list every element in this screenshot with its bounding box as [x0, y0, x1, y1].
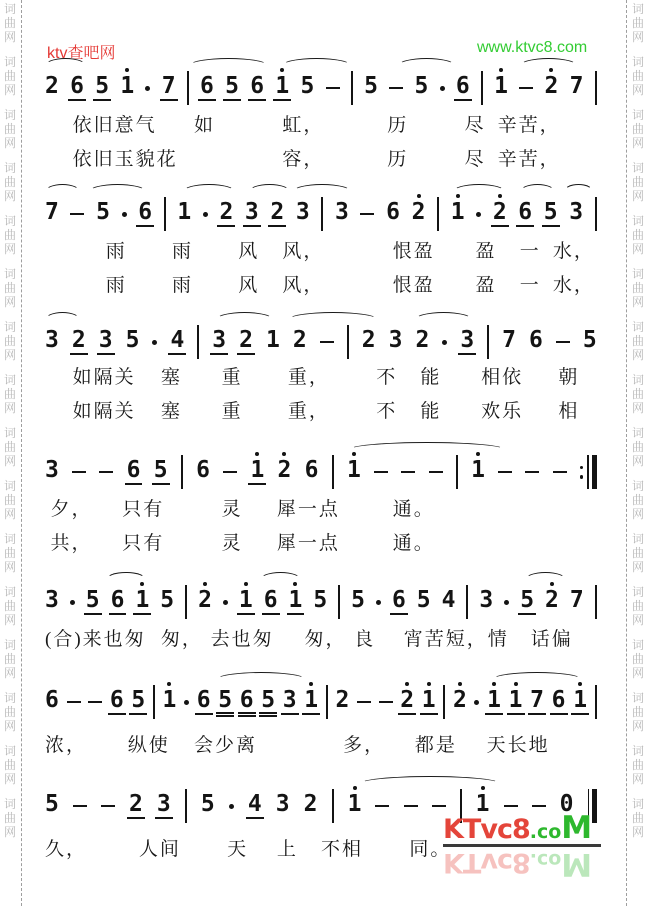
notes-row: 3235432122323765 [45, 325, 597, 359]
lyric-segment: 犀一点 [277, 528, 340, 555]
octave-dot [405, 682, 409, 686]
octave-dot [125, 68, 129, 72]
note: 1 [177, 201, 191, 228]
note: 5 [417, 589, 431, 616]
note: 7 [570, 589, 584, 616]
lyrics-line: 雨雨风风，恨盈盈一水， [45, 270, 597, 294]
side-watermark: 词曲网 [3, 638, 17, 680]
underline [198, 99, 216, 101]
underline [248, 483, 266, 485]
underline [127, 817, 145, 819]
side-watermark: 词曲网 [631, 108, 645, 150]
note: 2 [129, 793, 143, 820]
lyrics-line: 如隔关塞重重，不能相依朝 [45, 362, 597, 386]
underline [238, 715, 256, 717]
lyric-segment: 灵 [222, 528, 243, 555]
lyric-segment: 塞 [161, 396, 182, 423]
notes-row: 365612611 [45, 455, 597, 489]
duration-dash [525, 471, 539, 474]
lyric-segment: 犀一点 [277, 494, 340, 521]
underline [155, 817, 173, 819]
side-watermark: 词曲网 [631, 691, 645, 733]
octave-dot [456, 194, 460, 198]
duration-dash [101, 805, 115, 808]
note: 6 [240, 689, 254, 716]
note: 6 [392, 589, 406, 616]
lyric-segment: 雨 [172, 236, 193, 263]
lyric-segment: 不 [376, 362, 397, 389]
lyric-segment: 恨盈 [393, 236, 435, 263]
slur-band [45, 572, 597, 586]
note: 7 [502, 329, 516, 356]
underline [528, 713, 546, 715]
underline [160, 99, 178, 101]
side-watermark: 词曲网 [3, 479, 17, 521]
note: 3 [212, 329, 226, 356]
lyrics-line: (合)来也匆匆，去也匆匆，良宵苦短，情话偏 [45, 624, 597, 648]
note: 4 [170, 329, 184, 356]
lyric-segment: 不相 [321, 834, 363, 861]
lyric-segment: (合)来也匆 [45, 624, 146, 651]
barline-icon [487, 325, 489, 359]
note: 6 [200, 75, 214, 102]
note: 6 [529, 329, 543, 356]
lyric-segment: 一 [520, 270, 541, 297]
side-watermark: 词曲网 [631, 744, 645, 786]
duration-dash [375, 805, 389, 808]
note: 2 [72, 329, 86, 356]
barline-icon [164, 197, 166, 231]
lyrics-line: 依旧玉貌花容，历尽辛苦， [45, 144, 597, 168]
sheet-music-page: 词曲网词曲网词曲网词曲网词曲网词曲网词曲网词曲网词曲网词曲网词曲网词曲网词曲网词… [0, 0, 648, 906]
octave-dot [514, 682, 518, 686]
note: 5 [583, 329, 597, 356]
note: 2 [198, 589, 212, 616]
note: 5 [313, 589, 327, 616]
note: 6 [196, 459, 210, 486]
augmentation-dot [476, 212, 481, 217]
underline [420, 713, 438, 715]
octave-dot [549, 68, 553, 72]
underline [390, 613, 408, 615]
underline [507, 713, 525, 715]
lyric-segment: 水， [553, 236, 595, 263]
duration-dash [553, 471, 567, 474]
lyric-segment: 盈 [476, 270, 497, 297]
lyric-segment: 依旧玉貌花 [73, 144, 178, 171]
augmentation-dot [440, 86, 445, 91]
note: 1 [573, 689, 587, 716]
lyric-segment: 重 [222, 396, 243, 423]
lyric-segment: 能 [420, 396, 441, 423]
duration-dash [432, 805, 446, 808]
underline [238, 712, 256, 714]
site-logo[interactable]: KTvc8.coM KTvc8.coM [443, 813, 605, 879]
slur-band [45, 776, 597, 790]
logo-part3: M [561, 846, 591, 882]
lyrics-line: 共，只有灵犀一点通。 [45, 528, 597, 552]
augmentation-dot [223, 600, 228, 605]
slur-band [45, 312, 597, 326]
underline [571, 713, 589, 715]
octave-dot [167, 682, 171, 686]
lyric-segment: 历 [387, 110, 408, 137]
note: 3 [45, 459, 59, 486]
note: 3 [45, 589, 59, 616]
note: 6 [264, 589, 278, 616]
lyric-segment: 话偏 [531, 624, 573, 651]
lyrics-line: 依旧意气如虹，历尽辛苦， [45, 110, 597, 134]
barline-icon [595, 197, 597, 231]
lyric-segment: 历 [387, 144, 408, 171]
barline-icon [321, 197, 323, 231]
duration-dash [223, 471, 237, 474]
lyric-segment: 天 [227, 834, 248, 861]
note: 2 [239, 329, 253, 356]
octave-dot [293, 582, 297, 586]
underline [243, 225, 261, 227]
note: 3 [245, 201, 259, 228]
note: 5 [95, 75, 109, 102]
right-dashed-border [626, 0, 627, 906]
lyric-segment: 良 [354, 624, 375, 651]
underline [262, 613, 280, 615]
underline [550, 713, 568, 715]
note: 1 [289, 589, 303, 616]
lyric-segment: 久， [45, 834, 87, 861]
underline [109, 613, 127, 615]
side-watermark: 词曲网 [631, 479, 645, 521]
note: 7 [162, 75, 176, 102]
note: 2 [304, 793, 318, 820]
note: 5 [544, 201, 558, 228]
note: 5 [45, 793, 59, 820]
side-watermark: 词曲网 [631, 532, 645, 574]
side-watermark: 词曲网 [3, 585, 17, 627]
side-watermark: 词曲网 [3, 161, 17, 203]
octave-dot [578, 682, 582, 686]
lyric-segment: 重， [288, 362, 330, 389]
side-watermark: 词曲网 [3, 373, 17, 415]
augmentation-dot [229, 804, 234, 809]
note: 1 [471, 459, 485, 486]
underline [518, 613, 536, 615]
side-watermark: 词曲网 [3, 55, 17, 97]
note: 2 [219, 201, 233, 228]
barline-icon [481, 71, 483, 105]
barline-icon [332, 455, 334, 489]
duration-dash [99, 471, 113, 474]
octave-dot [203, 582, 207, 586]
lyric-segment: 通。 [393, 494, 435, 521]
lyric-segment: 人间 [139, 834, 181, 861]
underline [68, 99, 86, 101]
logo-part1: KTvc8 [443, 814, 530, 845]
note: 6 [518, 201, 532, 228]
octave-dot [280, 68, 284, 72]
octave-dot [499, 68, 503, 72]
lyric-segment: 只有 [122, 494, 164, 521]
note: 7 [45, 201, 59, 228]
slur-band [45, 184, 597, 198]
duration-dash [67, 701, 81, 704]
duration-dash [504, 805, 518, 808]
barline-icon [185, 585, 187, 619]
note: 5 [160, 589, 174, 616]
logo-part2: .co [530, 849, 562, 871]
augmentation-dot [145, 86, 150, 91]
lyric-segment: 尽 [465, 144, 486, 171]
note: 5 [414, 75, 428, 102]
lyric-segment: 不 [376, 396, 397, 423]
note: 5 [520, 589, 534, 616]
lyric-segment: 天长地 [487, 730, 550, 757]
underline [246, 817, 264, 819]
octave-dot [550, 582, 554, 586]
duration-dash [532, 805, 546, 808]
note: 6 [70, 75, 84, 102]
note: 5 [201, 793, 215, 820]
underline [259, 712, 277, 714]
note: 5 [86, 589, 100, 616]
slur-band [45, 442, 597, 456]
left-watermark-column: 词曲网词曲网词曲网词曲网词曲网词曲网词曲网词曲网词曲网词曲网词曲网词曲网词曲网词… [3, 2, 17, 906]
octave-dot [498, 194, 502, 198]
lyric-segment: 相 [558, 396, 579, 423]
note: 5 [126, 329, 140, 356]
lyric-segment: 风 [238, 236, 259, 263]
lyric-segment: 夕， [51, 494, 93, 521]
lyric-segment: 朝 [558, 362, 579, 389]
octave-dot [417, 194, 421, 198]
notes-row: 6651656531221211761 [45, 685, 597, 719]
repeat-barline-icon [580, 455, 597, 489]
logo-part3: M [561, 810, 591, 846]
note: 6 [197, 689, 211, 716]
underline [93, 99, 111, 101]
note: 3 [45, 329, 59, 356]
duration-dash [389, 87, 403, 90]
note: 1 [304, 689, 318, 716]
lyric-segment: 如隔关 [73, 396, 136, 423]
augmentation-dot [70, 600, 75, 605]
octave-dot [427, 682, 431, 686]
underline [223, 99, 241, 101]
music-line: 3235432122323765 [45, 312, 597, 360]
lyric-segment: 辛苦， [498, 144, 561, 171]
note: 2 [415, 329, 429, 356]
lyric-segment: 恨盈 [393, 270, 435, 297]
lyric-segment: 相依 [481, 362, 523, 389]
barline-icon [181, 455, 183, 489]
side-watermark: 词曲网 [3, 532, 17, 574]
 [592, 455, 597, 489]
note: 6 [386, 201, 400, 228]
note: 6 [127, 459, 141, 486]
underline [237, 353, 255, 355]
note: 2 [45, 75, 59, 102]
underline [210, 353, 228, 355]
octave-dot [353, 786, 357, 790]
barline-icon [197, 325, 199, 359]
side-watermark: 词曲网 [3, 108, 17, 150]
lyric-segment: 匆， [304, 624, 346, 651]
barline-icon [466, 585, 468, 619]
duration-dash [326, 87, 340, 90]
watermark-link-top-right[interactable]: www.ktvc8.com [477, 39, 587, 57]
note: 5 [154, 459, 168, 486]
logo-part2: .co [530, 821, 562, 843]
lyric-segment: 纵使 [128, 730, 170, 757]
side-watermark: 词曲网 [631, 797, 645, 839]
lyric-segment: 风 [238, 270, 259, 297]
underline [268, 225, 286, 227]
note: 4 [248, 793, 262, 820]
note: 3 [283, 689, 297, 716]
underline [454, 99, 472, 101]
duration-dash [498, 471, 512, 474]
duration-dash [374, 471, 388, 474]
note: 2 [278, 459, 292, 486]
note: 3 [157, 793, 171, 820]
note: 6 [250, 75, 264, 102]
note: 3 [569, 201, 583, 228]
note: 5 [351, 589, 365, 616]
lyric-segment: 去也匆 [211, 624, 274, 651]
barline-icon [443, 685, 445, 719]
lyric-segment: 重 [222, 362, 243, 389]
underline [491, 225, 509, 227]
lyric-segment: 水， [553, 270, 595, 297]
octave-dot [255, 452, 259, 456]
barline-icon [347, 325, 349, 359]
music-line: 2651765615556127 [45, 58, 597, 106]
lyrics-line: 浓，纵使会少离多，都是天长地 [45, 730, 597, 754]
right-watermark-column: 词曲网词曲网词曲网词曲网词曲网词曲网词曲网词曲网词曲网词曲网词曲网词曲网词曲网词… [631, 2, 645, 906]
underline [216, 715, 234, 717]
note: 1 [239, 589, 253, 616]
barline-icon [187, 71, 189, 105]
note: 1 [348, 793, 362, 820]
note: 7 [570, 75, 584, 102]
music-line: 7561232336212653 [45, 184, 597, 232]
note: 4 [442, 589, 456, 616]
octave-dot [140, 582, 144, 586]
note: 1 [266, 329, 280, 356]
underline [485, 713, 503, 715]
lyrics-line: 雨雨风风，恨盈盈一水， [45, 236, 597, 260]
side-watermark: 词曲网 [631, 426, 645, 468]
note: 3 [460, 329, 474, 356]
note: 6 [456, 75, 470, 102]
lyric-segment: 欢乐 [481, 396, 523, 423]
underline [302, 713, 320, 715]
duration-dash [360, 213, 374, 216]
note: 1 [487, 689, 501, 716]
note: 6 [305, 459, 319, 486]
note: 6 [138, 201, 152, 228]
lyric-segment: 容， [282, 144, 324, 171]
note: 1 [163, 689, 177, 716]
lyric-segment: 虹， [282, 110, 324, 137]
note: 1 [135, 589, 149, 616]
lyric-segment: 辛苦， [498, 110, 561, 137]
duration-dash [320, 341, 334, 344]
barline-icon [595, 585, 597, 619]
lyric-segment: 依旧意气 [73, 110, 157, 137]
underline [398, 713, 416, 715]
underline [133, 613, 151, 615]
note: 5 [261, 689, 275, 716]
note: 2 [362, 329, 376, 356]
underline [168, 353, 186, 355]
augmentation-dot [376, 600, 381, 605]
lyric-segment: 匆， [161, 624, 203, 651]
octave-dot [492, 682, 496, 686]
augmentation-dot [184, 700, 189, 705]
note: 5 [300, 75, 314, 102]
lyric-segment: 塞 [161, 362, 182, 389]
underline [136, 225, 154, 227]
side-watermark: 词曲网 [3, 214, 17, 256]
augmentation-dot [474, 700, 479, 705]
lyric-segment: 能 [420, 362, 441, 389]
octave-dot [352, 452, 356, 456]
side-watermark: 词曲网 [631, 267, 645, 309]
note: 1 [120, 75, 134, 102]
underline [70, 353, 88, 355]
logo-text: KTvc8.coM [443, 813, 605, 844]
side-watermark: 词曲网 [631, 214, 645, 256]
side-watermark: 词曲网 [3, 426, 17, 468]
notes-row: 7561232336212653 [45, 197, 597, 231]
underline [273, 99, 291, 101]
note: 2 [335, 689, 349, 716]
side-watermark: 词曲网 [3, 2, 17, 44]
notes-row: 2651765615556127 [45, 71, 597, 105]
underline [216, 712, 234, 714]
lyric-segment: 灵 [222, 494, 243, 521]
underline [129, 713, 147, 715]
note: 1 [250, 459, 264, 486]
lyric-segment: 风， [282, 236, 324, 263]
lyrics-line: 夕，只有灵犀一点通。 [45, 494, 597, 518]
logo-part1: KTvc8 [443, 847, 530, 878]
notes-row: 356152161556543527 [45, 585, 597, 619]
underline [84, 613, 102, 615]
lyric-segment: 盈 [476, 236, 497, 263]
duration-dash [73, 805, 87, 808]
octave-dot [458, 682, 462, 686]
underline [259, 715, 277, 717]
duration-dash [401, 471, 415, 474]
note: 2 [270, 201, 284, 228]
augmentation-dot [442, 340, 447, 345]
augmentation-dot [504, 600, 509, 605]
side-watermark: 词曲网 [631, 161, 645, 203]
note: 3 [276, 793, 290, 820]
note: 6 [45, 689, 59, 716]
lyric-segment: 多， [343, 730, 385, 757]
underline [97, 353, 115, 355]
underline [195, 713, 213, 715]
lyric-segment: 尽 [465, 110, 486, 137]
underline [237, 613, 255, 615]
 [580, 466, 584, 479]
lyric-segment: 都是 [415, 730, 457, 757]
barline-icon [326, 685, 328, 719]
note: 1 [451, 201, 465, 228]
